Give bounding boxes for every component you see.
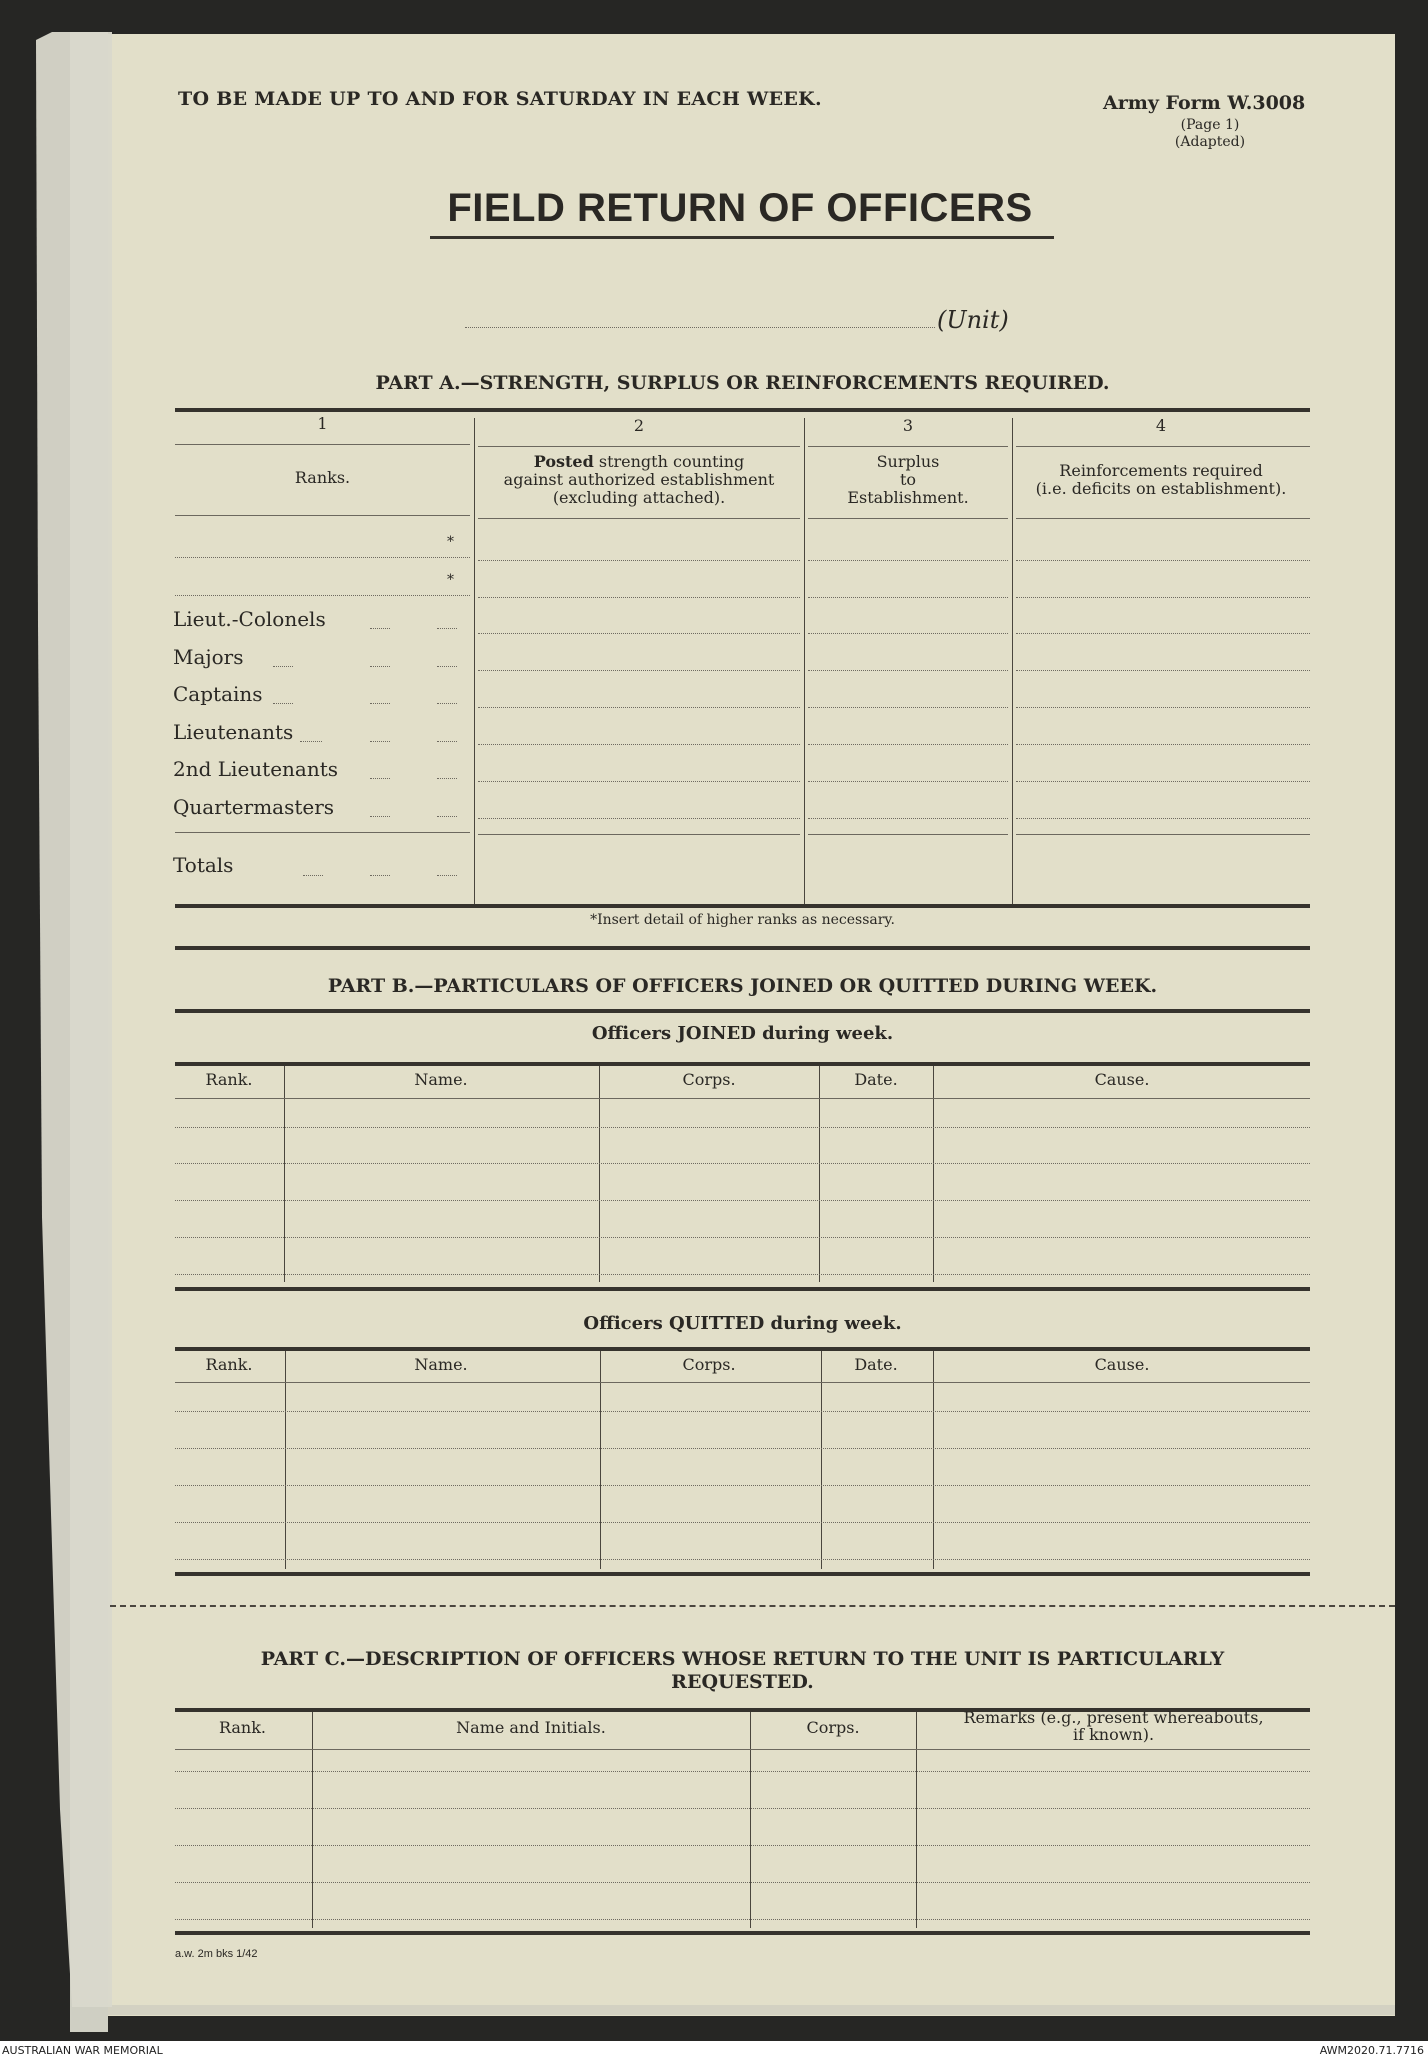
part-c-col-corps: Corps. <box>751 1718 915 1737</box>
rule <box>478 834 800 835</box>
leader <box>437 666 457 667</box>
part-a-heading: PART A.—STRENGTH, SURPLUS OR REINFORCEME… <box>175 372 1310 394</box>
col-divider <box>916 1712 917 1928</box>
rule <box>175 1098 1310 1099</box>
input-line[interactable] <box>1016 597 1310 598</box>
asterisk-mark: * <box>447 534 454 550</box>
input-line[interactable] <box>808 597 1008 598</box>
rule <box>175 832 470 833</box>
archive-id: AWM2020.71.7716 <box>1320 2044 1424 2057</box>
leader <box>370 666 390 667</box>
table-row-line[interactable] <box>175 1522 1310 1523</box>
table-row-line[interactable] <box>175 1200 1310 1201</box>
input-line[interactable] <box>478 781 800 782</box>
col-header-reinforcements: Reinforcements required (i.e. deficits o… <box>1012 462 1310 498</box>
part-b-heading: PART B.—PARTICULARS OF OFFICERS JOINED O… <box>175 975 1310 997</box>
table-row-line[interactable] <box>175 1411 1310 1412</box>
part-c-bottom-rule <box>175 1931 1310 1935</box>
rank-captains: Captains <box>173 682 263 706</box>
rule <box>1016 834 1310 835</box>
table-row-line[interactable] <box>175 1882 1310 1883</box>
part-c-heading: PART C.—DESCRIPTION OF OFFICERS WHOSE RE… <box>175 1648 1310 1694</box>
col-divider <box>600 1351 601 1569</box>
table-row-line[interactable] <box>175 1771 1310 1772</box>
title-underline <box>430 236 1054 239</box>
page-title: FIELD RETURN OF OFFICERS <box>400 186 1080 231</box>
part-a-bottom-rule <box>175 904 1310 908</box>
unit-input-line[interactable] <box>465 327 935 328</box>
leader <box>370 628 390 629</box>
col-number-4: 4 <box>1012 416 1310 435</box>
part-c-col-remarks: Remarks (e.g., present whereabouts, if k… <box>917 1709 1310 1743</box>
rule <box>1016 518 1310 519</box>
rank-lieut-colonels: Lieut.-Colonels <box>173 607 326 631</box>
rank-majors: Majors <box>173 645 243 669</box>
leader <box>370 703 390 704</box>
input-line[interactable] <box>1016 744 1310 745</box>
col-header-posted: Posted strength counting against authori… <box>474 453 804 507</box>
unit-label: (Unit) <box>937 306 1009 334</box>
leader <box>273 666 293 667</box>
form-number: Army Form W.3008 <box>1103 92 1305 114</box>
rule <box>175 444 470 445</box>
asterisk-mark: * <box>447 572 454 588</box>
leader <box>370 741 390 742</box>
table-row-line[interactable] <box>175 1845 1310 1846</box>
input-line[interactable] <box>1016 633 1310 634</box>
archive-footer: AUSTRALIAN WAR MEMORIAL AWM2020.71.7716 <box>0 2041 1428 2061</box>
rule <box>175 1009 1310 1013</box>
footnote: *Insert detail of higher ranks as necess… <box>175 912 1310 928</box>
input-line[interactable] <box>808 781 1008 782</box>
table-row-line[interactable] <box>175 1237 1310 1238</box>
joined-col-corps: Corps. <box>600 1070 818 1089</box>
quitted-title: Officers QUITTED during week. <box>175 1313 1310 1334</box>
instruction-text: TO BE MADE UP TO AND FOR SATURDAY IN EAC… <box>178 88 822 110</box>
rule <box>808 518 1008 519</box>
input-line[interactable] <box>808 560 1008 561</box>
input-line[interactable] <box>478 744 800 745</box>
rule <box>175 1749 1310 1750</box>
input-line[interactable] <box>808 744 1008 745</box>
table-row-line[interactable] <box>175 1448 1310 1449</box>
joined-bottom-rule <box>175 1287 1310 1291</box>
quitted-bottom-rule <box>175 1572 1310 1576</box>
leader <box>437 816 457 817</box>
col-number-1: 1 <box>175 414 470 433</box>
col-header-ranks: Ranks. <box>175 468 470 487</box>
archive-name: AUSTRALIAN WAR MEMORIAL <box>2 2044 163 2057</box>
tear-off-line <box>110 1605 1395 1607</box>
input-line[interactable] <box>478 818 800 819</box>
leader <box>300 741 322 742</box>
rule <box>808 834 1008 835</box>
part-c-col-name: Name and Initials. <box>313 1718 749 1737</box>
quitted-col-date: Date. <box>820 1355 932 1374</box>
input-line[interactable] <box>1016 670 1310 671</box>
joined-col-rank: Rank. <box>175 1070 283 1089</box>
quitted-col-cause: Cause. <box>934 1355 1310 1374</box>
input-line[interactable] <box>1016 781 1310 782</box>
paper-edge <box>105 2005 1395 2015</box>
quitted-col-rank: Rank. <box>175 1355 283 1374</box>
leader <box>437 628 457 629</box>
quitted-col-name: Name. <box>285 1355 597 1374</box>
input-line[interactable] <box>478 560 800 561</box>
adapted-label: (Adapted) <box>1150 134 1270 150</box>
rule <box>175 1382 1310 1383</box>
table-row-line[interactable] <box>175 1274 1310 1275</box>
tissue-overlay-folded <box>32 32 112 2007</box>
part-c-col-rank: Rank. <box>175 1718 310 1737</box>
rank-lieutenants: Lieutenants <box>173 720 293 744</box>
table-row-line[interactable] <box>175 1808 1310 1809</box>
table-row-line[interactable] <box>175 1485 1310 1486</box>
higher-rank-input-2[interactable] <box>175 595 470 596</box>
rule <box>1016 446 1310 447</box>
leader <box>303 875 323 876</box>
table-row-line[interactable] <box>175 1163 1310 1164</box>
leader <box>273 703 293 704</box>
table-row-line[interactable] <box>175 1559 1310 1560</box>
rule <box>808 446 1008 447</box>
totals-label: Totals <box>173 853 233 877</box>
col-number-3: 3 <box>804 416 1012 435</box>
input-line[interactable] <box>478 633 800 634</box>
table-row-line[interactable] <box>175 1919 1310 1920</box>
rank-2nd-lieutenants: 2nd Lieutenants <box>173 757 338 781</box>
input-line[interactable] <box>478 597 800 598</box>
table-row-line[interactable] <box>175 1127 1310 1128</box>
rank-quartermasters: Quartermasters <box>173 795 334 819</box>
input-line[interactable] <box>1016 707 1310 708</box>
input-line[interactable] <box>478 707 800 708</box>
col-divider <box>750 1712 751 1928</box>
part-a-top-rule <box>175 408 1310 412</box>
input-line[interactable] <box>808 707 1008 708</box>
leader <box>437 703 457 704</box>
input-line[interactable] <box>1016 818 1310 819</box>
page-label: (Page 1) <box>1150 117 1270 133</box>
input-line[interactable] <box>808 818 1008 819</box>
leader <box>437 875 457 876</box>
input-line[interactable] <box>808 633 1008 634</box>
print-code: a.w. 2m bks 1/42 <box>175 1948 258 1960</box>
leader <box>370 875 390 876</box>
input-line[interactable] <box>478 670 800 671</box>
col-header-surplus: Surplus to Establishment. <box>804 453 1012 507</box>
joined-top-rule <box>175 1062 1310 1066</box>
col-divider <box>821 1351 822 1569</box>
input-line[interactable] <box>808 670 1008 671</box>
input-line[interactable] <box>1016 560 1310 561</box>
joined-col-name: Name. <box>285 1070 597 1089</box>
rule <box>478 446 800 447</box>
quitted-top-rule <box>175 1347 1310 1351</box>
joined-col-date: Date. <box>820 1070 932 1089</box>
col-divider <box>312 1712 313 1928</box>
joined-title: Officers JOINED during week. <box>175 1023 1310 1044</box>
col-divider <box>285 1351 286 1569</box>
joined-col-cause: Cause. <box>934 1070 1310 1089</box>
leader <box>370 778 390 779</box>
leader <box>437 741 457 742</box>
col-divider <box>933 1351 934 1569</box>
col-number-2: 2 <box>474 416 804 435</box>
rule <box>175 946 1310 950</box>
leader <box>370 816 390 817</box>
rule <box>175 515 470 516</box>
higher-rank-input-1[interactable] <box>175 557 470 558</box>
quitted-col-corps: Corps. <box>600 1355 818 1374</box>
rule <box>478 518 800 519</box>
leader <box>437 778 457 779</box>
